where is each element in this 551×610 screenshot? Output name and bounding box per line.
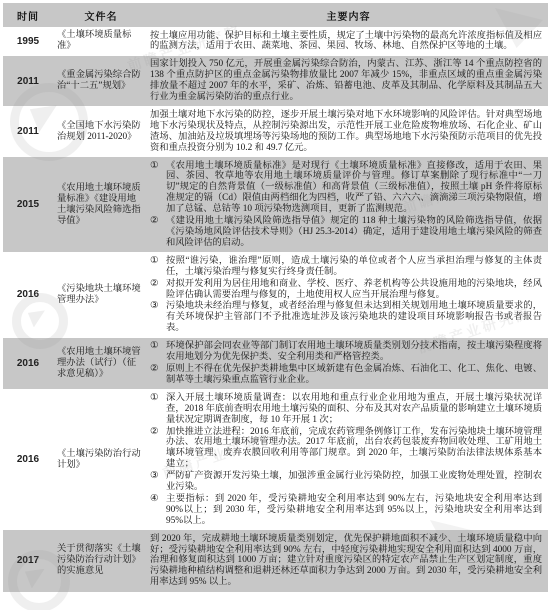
content-item: 加强土壤对地下水污染的防控，逐步开展土壤污染对地下水环境影响的风险评估。针对典型… bbox=[150, 110, 542, 154]
table-row: 2016 《污染地块土壤环境管理办法》 ①按照“谁污染，谁治理”原则，造成土壤污… bbox=[3, 252, 548, 337]
year-cell: 2016 bbox=[3, 338, 53, 390]
content-item: ②《建设用地土壤污染风险筛选指导值》规定的 118 种土壤污染物的风险筛选指导值… bbox=[150, 216, 542, 249]
file-name-cell: 关于贯彻落实《土壤污染防治行动计划》的实施意见 bbox=[53, 530, 149, 592]
file-name-cell: 《农用地土壤环境质量标准》《建设用地土壤污染风险筛选指导值》 bbox=[53, 157, 149, 252]
item-number: ① bbox=[150, 341, 166, 363]
item-text: 国家计划投入 750 亿元，开展重金属污染综合防治，内蒙古、江苏、浙江等 14 … bbox=[150, 59, 542, 103]
content-cell: 国家计划投入 750 亿元，开展重金属污染综合防治，内蒙古、江苏、浙江等 14 … bbox=[149, 56, 548, 107]
table-row: 2017 关于贯彻落实《土壤污染防治行动计划》的实施意见 到 2020 年，完成… bbox=[3, 530, 548, 592]
year-cell: 2011 bbox=[3, 56, 53, 107]
file-name-cell: 《土壤污染防治行动计划》 bbox=[53, 389, 149, 530]
content-item: 按土壤应用功能、保护目标和土壤主要性质，规定了土壤中污染物的最高允许浓度指标值及… bbox=[150, 31, 542, 53]
policy-table-page: 前瞻产业研究院 前瞻产业研究院 前瞻产业研究院 前瞻产业研究院 时间 文件名 主… bbox=[0, 0, 551, 610]
header-file: 文件名 bbox=[53, 3, 149, 27]
file-name: 《重金属污染综合防治“十二五”规划》 bbox=[57, 70, 145, 92]
file-name: 《土壤污染防治行动计划》 bbox=[57, 449, 145, 471]
table-row: 2016 《农用地土壤环境管理办法（试行）（征求意见稿）》 ①环境保护部会同农业… bbox=[3, 338, 548, 390]
item-number: ③ bbox=[150, 471, 166, 493]
content-item: ②对拟开发利用为居住用地和商业、学校、医疗、养老机构等公共设施用地的污染地块，经… bbox=[150, 279, 542, 301]
policy-table: 时间 文件名 主要内容 1995 《土壤环境质量标准》 按土壤应用功能、保护目标… bbox=[3, 3, 548, 592]
table-row: 1995 《土壤环境质量标准》 按土壤应用功能、保护目标和土壤主要性质，规定了土… bbox=[3, 27, 548, 56]
content-item: ①《农用地土壤环境质量标准》是对现行《土壤环境质量标准》直接修改，适用于农田、果… bbox=[150, 161, 542, 216]
item-number: ④ bbox=[150, 494, 166, 527]
table-row: 2015 《农用地土壤环境质量标准》《建设用地土壤污染风险筛选指导值》 ①《农用… bbox=[3, 157, 548, 252]
item-text: 按土壤应用功能、保护目标和土壤主要性质，规定了土壤中污染物的最高允许浓度指标值及… bbox=[150, 31, 542, 53]
item-text: 原则上不得在优先保护类耕地集中区域新建有色金属冶炼、石油化工、化工、焦化、电镀、… bbox=[166, 364, 542, 386]
item-number: ① bbox=[150, 256, 166, 278]
file-name-cell: 《污染地块土壤环境管理办法》 bbox=[53, 252, 149, 337]
file-name: 《土壤环境质量标准》 bbox=[57, 30, 145, 52]
content-cell: 到 2020 年，完成耕地土壤环境质量类别划定，优先保护耕地面积不减少、土壤环境… bbox=[149, 530, 548, 592]
item-text: 《农用地土壤环境质量标准》是对现行《土壤环境质量标准》直接修改，适用于农田、果园… bbox=[166, 161, 542, 216]
file-name: 《农用地土壤环境管理办法（试行）（征求意见稿）》 bbox=[57, 347, 145, 380]
year-cell: 2016 bbox=[3, 252, 53, 337]
item-text: 污染地块未经治理与修复，或者经治理与修复但未达到相关规划用地土壤环境质量要求的，… bbox=[166, 301, 542, 334]
item-text: 到 2020 年，完成耕地土壤环境质量类别划定，优先保护耕地面积不减少、土壤环境… bbox=[150, 534, 542, 589]
item-text: 严防矿产资源开发污染土壤，加强涉重金属行业污染防控，加强工业废物处理处置，控制农… bbox=[166, 471, 542, 493]
item-number: ② bbox=[150, 216, 166, 249]
file-name: 《农用地土壤环境质量标准》《建设用地土壤污染风险筛选指导值》 bbox=[57, 183, 145, 227]
year-cell: 2011 bbox=[3, 106, 53, 157]
content-item: ③污染地块未经治理与修复，或者经治理与修复但未达到相关规划用地土壤环境质量要求的… bbox=[150, 301, 542, 334]
file-name: 关于贯彻落实《土壤污染防治行动计划》的实施意见 bbox=[57, 544, 145, 577]
table-row: 2016 《土壤污染防治行动计划》 ①深入开展土壤环境质量调查：以农用地和重点行… bbox=[3, 389, 548, 530]
year-cell: 2015 bbox=[3, 157, 53, 252]
table-header-row: 时间 文件名 主要内容 bbox=[3, 3, 548, 27]
item-text: 主要指标：到 2020 年，受污染耕地安全利用率达到 90%左右，污染地块安全利… bbox=[166, 494, 542, 527]
content-cell: ①《农用地土壤环境质量标准》是对现行《土壤环境质量标准》直接修改，适用于农田、果… bbox=[149, 157, 548, 252]
item-text: 《建设用地土壤污染风险筛选指导值》规定的 118 种土壤污染物的风险筛选指导值，… bbox=[166, 216, 542, 249]
content-item: ②原则上不得在优先保护类耕地集中区域新建有色金属冶炼、石油化工、化工、焦化、电镀… bbox=[150, 364, 542, 386]
content-item: ①深入开展土壤环境质量调查：以农用地和重点行业企业用地为重点，开展土壤污染状况详… bbox=[150, 393, 542, 426]
table-row: 2011 《全国地下水污染防治规划 2011-2020》 加强土壤对地下水污染的… bbox=[3, 106, 548, 157]
header-content: 主要内容 bbox=[149, 3, 548, 27]
content-item: 国家计划投入 750 亿元，开展重金属污染综合防治，内蒙古、江苏、浙江等 14 … bbox=[150, 59, 542, 103]
content-cell: 按土壤应用功能、保护目标和土壤主要性质，规定了土壤中污染物的最高允许浓度指标值及… bbox=[149, 27, 548, 56]
year-cell: 1995 bbox=[3, 27, 53, 56]
item-number: ② bbox=[150, 427, 166, 471]
year-cell: 2017 bbox=[3, 530, 53, 592]
content-item: ③严防矿产资源开发污染土壤，加强涉重金属行业污染防控，加强工业废物处理处置，控制… bbox=[150, 471, 542, 493]
item-text: 环境保护部会同农业等部门制订农用地土壤环境质量类别划分技术指南，按土壤污染程度将… bbox=[166, 341, 542, 363]
file-name-cell: 《土壤环境质量标准》 bbox=[53, 27, 149, 56]
content-cell: ①按照“谁污染，谁治理”原则，造成土壤污染的单位或者个人应当承担治理与修复的主体… bbox=[149, 252, 548, 337]
file-name: 《污染地块土壤环境管理办法》 bbox=[57, 284, 145, 306]
item-text: 按照“谁污染，谁治理”原则，造成土壤污染的单位或者个人应当承担治理与修复的主体责… bbox=[166, 256, 542, 278]
item-number: ① bbox=[150, 393, 166, 426]
item-text: 加快推进立法进程：2016 年底前，完成农药管理条例修订工作，发布污染地块土壤环… bbox=[166, 427, 542, 471]
table-row: 2011 《重金属污染综合防治“十二五”规划》 国家计划投入 750 亿元，开展… bbox=[3, 56, 548, 107]
content-item: ①环境保护部会同农业等部门制订农用地土壤环境质量类别划分技术指南，按土壤污染程度… bbox=[150, 341, 542, 363]
item-text: 深入开展土壤环境质量调查：以农用地和重点行业企业用地为重点，开展土壤污染状况详查… bbox=[166, 393, 542, 426]
item-text: 加强土壤对地下水污染的防控，逐步开展土壤污染对地下水环境影响的风险评估。针对典型… bbox=[150, 110, 542, 154]
content-cell: ①深入开展土壤环境质量调查：以农用地和重点行业企业用地为重点，开展土壤污染状况详… bbox=[149, 389, 548, 530]
item-number: ② bbox=[150, 364, 166, 386]
item-number: ③ bbox=[150, 301, 166, 334]
item-number: ② bbox=[150, 279, 166, 301]
file-name-cell: 《重金属污染综合防治“十二五”规划》 bbox=[53, 56, 149, 107]
content-cell: ①环境保护部会同农业等部门制订农用地土壤环境质量类别划分技术指南，按土壤污染程度… bbox=[149, 338, 548, 390]
file-name: 《全国地下水污染防治规划 2011-2020》 bbox=[57, 121, 145, 143]
file-name-cell: 《全国地下水污染防治规划 2011-2020》 bbox=[53, 106, 149, 157]
year-cell: 2016 bbox=[3, 389, 53, 530]
content-item: ①按照“谁污染，谁治理”原则，造成土壤污染的单位或者个人应当承担治理与修复的主体… bbox=[150, 256, 542, 278]
content-item: 到 2020 年，完成耕地土壤环境质量类别划定，优先保护耕地面积不减少、土壤环境… bbox=[150, 534, 542, 589]
content-item: ④主要指标：到 2020 年，受污染耕地安全利用率达到 90%左右，污染地块安全… bbox=[150, 494, 542, 527]
header-time: 时间 bbox=[3, 3, 53, 27]
item-number: ① bbox=[150, 161, 166, 216]
file-name-cell: 《农用地土壤环境管理办法（试行）（征求意见稿）》 bbox=[53, 338, 149, 390]
content-cell: 加强土壤对地下水污染的防控，逐步开展土壤污染对地下水环境影响的风险评估。针对典型… bbox=[149, 106, 548, 157]
content-item: ②加快推进立法进程：2016 年底前，完成农药管理条例修订工作，发布污染地块土壤… bbox=[150, 427, 542, 471]
item-text: 对拟开发利用为居住用地和商业、学校、医疗、养老机构等公共设施用地的污染地块，经风… bbox=[166, 279, 542, 301]
